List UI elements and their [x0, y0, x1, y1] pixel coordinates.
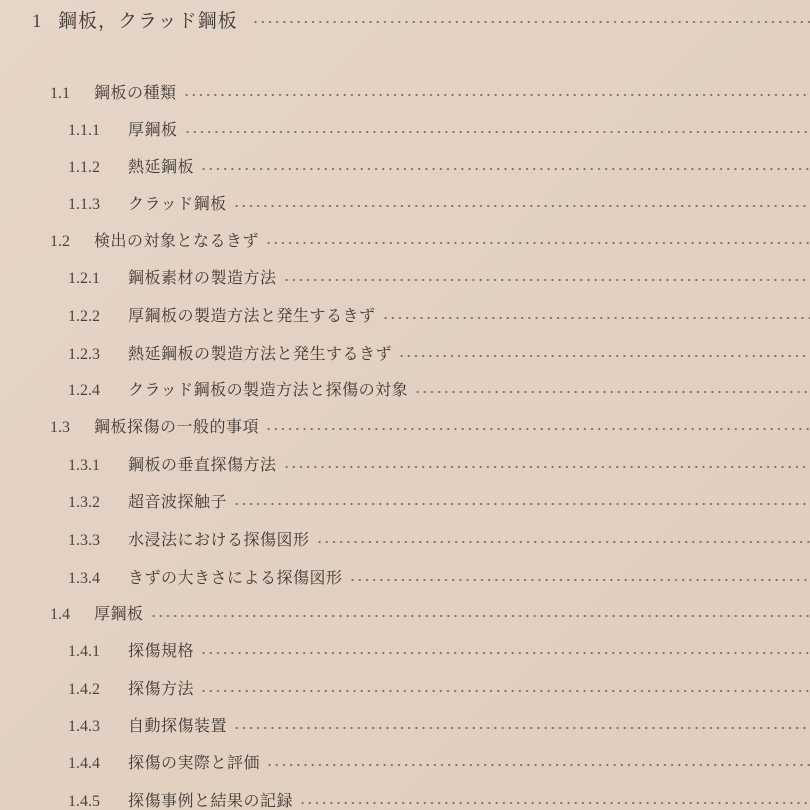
- entry-title: 鋼板素材の製造方法: [128, 265, 277, 288]
- entry-number: 1.3.2: [68, 494, 128, 512]
- entry-title: 厚鋼板の製造方法と発生するきず: [128, 303, 376, 326]
- entry-title: 鋼板の垂直探傷方法: [128, 452, 277, 475]
- toc-subsection-1-4-1[interactable]: 1.4.1 探傷規格: [0, 638, 810, 661]
- dot-leader: [150, 615, 810, 617]
- toc-subsection-1-1-3[interactable]: 1.1.3 クラッド鋼板: [0, 191, 810, 214]
- toc-section-1-4[interactable]: 1.4 厚鋼板: [0, 601, 810, 624]
- toc-subsection-1-3-2[interactable]: 1.3.2 超音波探触子: [0, 489, 810, 512]
- entry-title: 鋼板の種類: [94, 80, 177, 103]
- entry-number: 1.3.3: [68, 532, 128, 550]
- toc-subsection-1-3-4[interactable]: 1.3.4 きずの大きさによる探傷図形: [0, 565, 810, 588]
- entry-number: 1.4.2: [68, 681, 128, 699]
- entry-number: 1.4.4: [68, 755, 128, 773]
- entry-title: 探傷方法: [128, 676, 194, 699]
- toc-section-1-1[interactable]: 1.1 鋼板の種類: [0, 80, 810, 103]
- dot-leader: [349, 579, 810, 581]
- dot-leader: [200, 690, 810, 692]
- entry-title: 探傷事例と結果の記録: [128, 788, 293, 810]
- entry-title: きずの大きさによる探傷図形: [128, 565, 343, 588]
- entry-number: 1.2.2: [68, 308, 128, 326]
- entry-title: 熱延鋼板: [128, 154, 194, 177]
- entry-number: 1.1.3: [68, 196, 128, 214]
- entry-title: クラッド鋼板: [128, 191, 227, 214]
- entry-number: 1.4.1: [68, 643, 128, 661]
- dot-leader: [252, 21, 810, 23]
- entry-number: 1.3.1: [68, 457, 128, 475]
- entry-title: 探傷の実際と評価: [128, 750, 260, 773]
- entry-number: 1.3.4: [68, 570, 128, 588]
- entry-number: 1.4: [50, 606, 94, 624]
- chapter-number: 1: [32, 11, 58, 33]
- entry-title: 超音波探触子: [128, 489, 227, 512]
- dot-leader: [398, 355, 810, 357]
- entry-title: 検出の対象となるきず: [94, 228, 259, 251]
- dot-leader: [233, 205, 810, 207]
- toc-section-1-3[interactable]: 1.3 鋼板探傷の一般的事項: [0, 414, 810, 437]
- entry-title: 厚鋼板: [94, 601, 144, 624]
- toc-subsection-1-4-5[interactable]: 1.4.5 探傷事例と結果の記録: [0, 788, 810, 810]
- toc-subsection-1-2-2[interactable]: 1.2.2 厚鋼板の製造方法と発生するきず: [0, 303, 810, 326]
- toc-subsection-1-2-4[interactable]: 1.2.4 クラッド鋼板の製造方法と探傷の対象: [0, 377, 810, 400]
- entry-number: 1.3: [50, 419, 94, 437]
- toc-subsection-1-1-1[interactable]: 1.1.1 厚鋼板: [0, 117, 810, 140]
- dot-leader: [233, 727, 810, 729]
- toc-page: 1 鋼板，クラッド鋼板 1.1 鋼板の種類 1.1.1 厚鋼板 1.1.2 熱延…: [0, 0, 810, 810]
- toc-subsection-1-3-1[interactable]: 1.3.1 鋼板の垂直探傷方法: [0, 452, 810, 475]
- dot-leader: [283, 466, 810, 468]
- entry-title: クラッド鋼板の製造方法と探傷の対象: [128, 377, 408, 400]
- entry-number: 1.4.3: [68, 718, 128, 736]
- dot-leader: [200, 652, 810, 654]
- toc-subsection-1-4-4[interactable]: 1.4.4 探傷の実際と評価: [0, 750, 810, 773]
- entry-number: 1.4.5: [68, 793, 128, 810]
- dot-leader: [316, 541, 810, 543]
- dot-leader: [414, 391, 810, 393]
- entry-title: 探傷規格: [128, 638, 194, 661]
- dot-leader: [283, 279, 810, 281]
- entry-number: 1.1: [50, 85, 94, 103]
- entry-title: 熱延鋼板の製造方法と発生するきず: [128, 341, 392, 364]
- toc-subsection-1-4-3[interactable]: 1.4.3 自動探傷装置: [0, 713, 810, 736]
- entry-number: 1.1.1: [68, 122, 128, 140]
- dot-leader: [200, 168, 810, 170]
- chapter-title: 鋼板，クラッド鋼板: [58, 6, 238, 33]
- toc-chapter-1[interactable]: 1 鋼板，クラッド鋼板: [0, 6, 810, 33]
- entry-title: 厚鋼板: [128, 117, 178, 140]
- dot-leader: [382, 317, 810, 319]
- dot-leader: [299, 802, 810, 804]
- entry-number: 1.2: [50, 233, 94, 251]
- toc-subsection-1-2-1[interactable]: 1.2.1 鋼板素材の製造方法: [0, 265, 810, 288]
- dot-leader: [184, 131, 810, 133]
- toc-section-1-2[interactable]: 1.2 検出の対象となるきず: [0, 228, 810, 251]
- toc-subsection-1-1-2[interactable]: 1.1.2 熱延鋼板: [0, 154, 810, 177]
- dot-leader: [265, 242, 810, 244]
- toc-subsection-1-3-3[interactable]: 1.3.3 水浸法における探傷図形: [0, 527, 810, 550]
- toc-subsection-1-2-3[interactable]: 1.2.3 熱延鋼板の製造方法と発生するきず: [0, 341, 810, 364]
- toc-subsection-1-4-2[interactable]: 1.4.2 探傷方法: [0, 676, 810, 699]
- entry-number: 1.2.1: [68, 270, 128, 288]
- entry-title: 水浸法における探傷図形: [128, 527, 310, 550]
- entry-number: 1.2.3: [68, 346, 128, 364]
- dot-leader: [233, 503, 810, 505]
- entry-title: 鋼板探傷の一般的事項: [94, 414, 259, 437]
- dot-leader: [265, 428, 810, 430]
- dot-leader: [183, 94, 810, 96]
- dot-leader: [266, 764, 810, 766]
- entry-title: 自動探傷装置: [128, 713, 227, 736]
- entry-number: 1.1.2: [68, 159, 128, 177]
- entry-number: 1.2.4: [68, 382, 128, 400]
